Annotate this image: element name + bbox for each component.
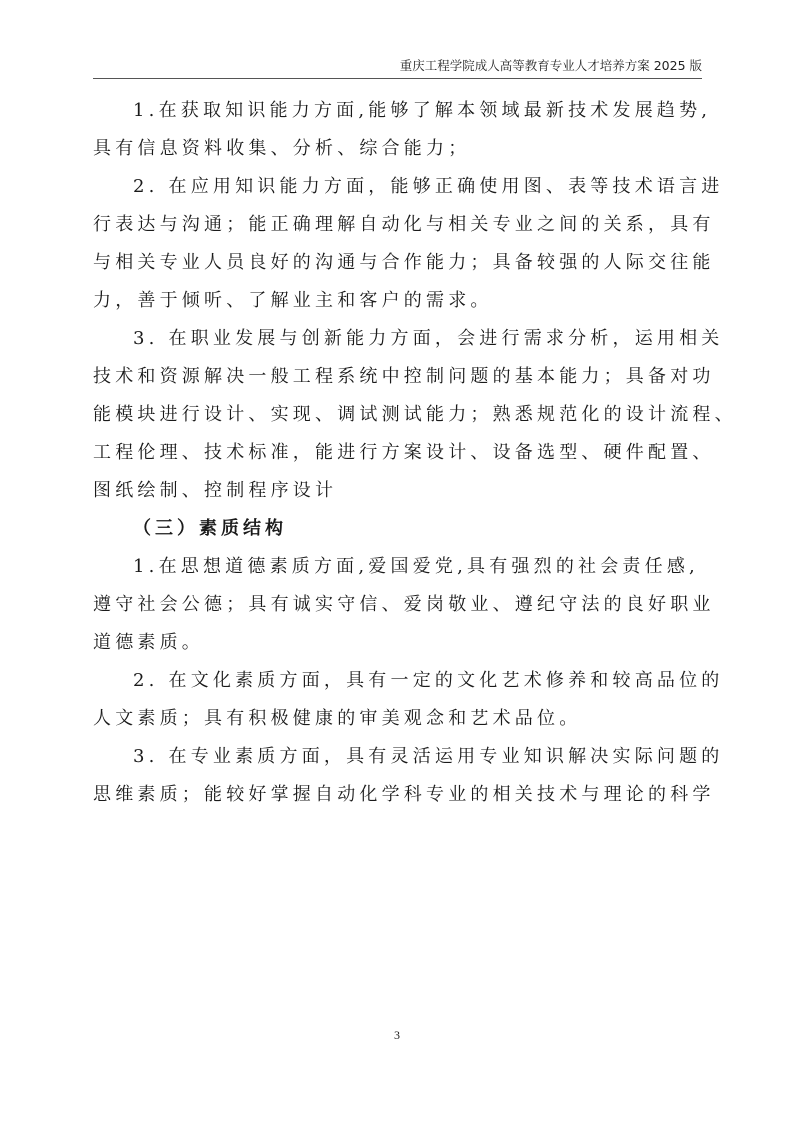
text-line: 力，善于倾听、了解业主和客户的需求。: [93, 282, 705, 320]
text-line: 道德素质。: [93, 624, 705, 662]
paragraph-knowledge-application: 2. 在应用知识能力方面，能够正确使用图、表等技术语言进 行表达与沟通；能正确理…: [93, 168, 705, 320]
page-number: 3: [0, 1028, 794, 1043]
text-line: 能模块进行设计、实现、调试测试能力；熟悉规范化的设计流程、: [93, 396, 705, 434]
text-line: 2. 在文化素质方面，具有一定的文化艺术修养和较高品位的: [93, 662, 705, 700]
text-line: 1.在获取知识能力方面,能够了解本领域最新技术发展趋势,: [93, 92, 705, 130]
text-line: 3. 在职业发展与创新能力方面，会进行需求分析，运用相关: [93, 320, 705, 358]
text-line: 3. 在专业素质方面，具有灵活运用专业知识解决实际问题的: [93, 738, 705, 776]
paragraph-professional-quality: 3. 在专业素质方面，具有灵活运用专业知识解决实际问题的 思维素质；能较好掌握自…: [93, 738, 705, 814]
text-line: 1.在思想道德素质方面,爱国爱党,具有强烈的社会责任感,: [93, 548, 705, 586]
page-header: 重庆工程学院成人高等教育专业人才培养方案 2025 版: [93, 56, 702, 79]
text-line: 具有信息资料收集、分析、综合能力；: [93, 130, 705, 168]
text-line: 工程伦理、技术标准，能进行方案设计、设备选型、硬件配置、: [93, 434, 705, 472]
text-line: 2. 在应用知识能力方面，能够正确使用图、表等技术语言进: [93, 168, 705, 206]
paragraph-career-innovation: 3. 在职业发展与创新能力方面，会进行需求分析，运用相关 技术和资源解决一般工程…: [93, 320, 705, 510]
text-line: 思维素质；能较好掌握自动化学科专业的相关技术与理论的科学: [93, 776, 705, 814]
text-line: 与相关专业人员良好的沟通与合作能力；具备较强的人际交往能: [93, 244, 705, 282]
document-body: 1.在获取知识能力方面,能够了解本领域最新技术发展趋势, 具有信息资料收集、分析…: [93, 92, 705, 814]
document-page: 重庆工程学院成人高等教育专业人才培养方案 2025 版 1.在获取知识能力方面,…: [0, 0, 794, 1122]
text-line: 技术和资源解决一般工程系统中控制问题的基本能力；具备对功: [93, 358, 705, 396]
paragraph-knowledge-acquisition: 1.在获取知识能力方面,能够了解本领域最新技术发展趋势, 具有信息资料收集、分析…: [93, 92, 705, 168]
section-heading-quality-structure: （三）素质结构: [93, 510, 705, 548]
text-line: 图纸绘制、控制程序设计: [93, 472, 705, 510]
text-line: 遵守社会公德；具有诚实守信、爱岗敬业、遵纪守法的良好职业: [93, 586, 705, 624]
paragraph-moral-quality: 1.在思想道德素质方面,爱国爱党,具有强烈的社会责任感, 遵守社会公德；具有诚实…: [93, 548, 705, 662]
text-line: 人文素质；具有积极健康的审美观念和艺术品位。: [93, 700, 705, 738]
paragraph-cultural-quality: 2. 在文化素质方面，具有一定的文化艺术修养和较高品位的 人文素质；具有积极健康…: [93, 662, 705, 738]
text-line: 行表达与沟通；能正确理解自动化与相关专业之间的关系，具有: [93, 206, 705, 244]
